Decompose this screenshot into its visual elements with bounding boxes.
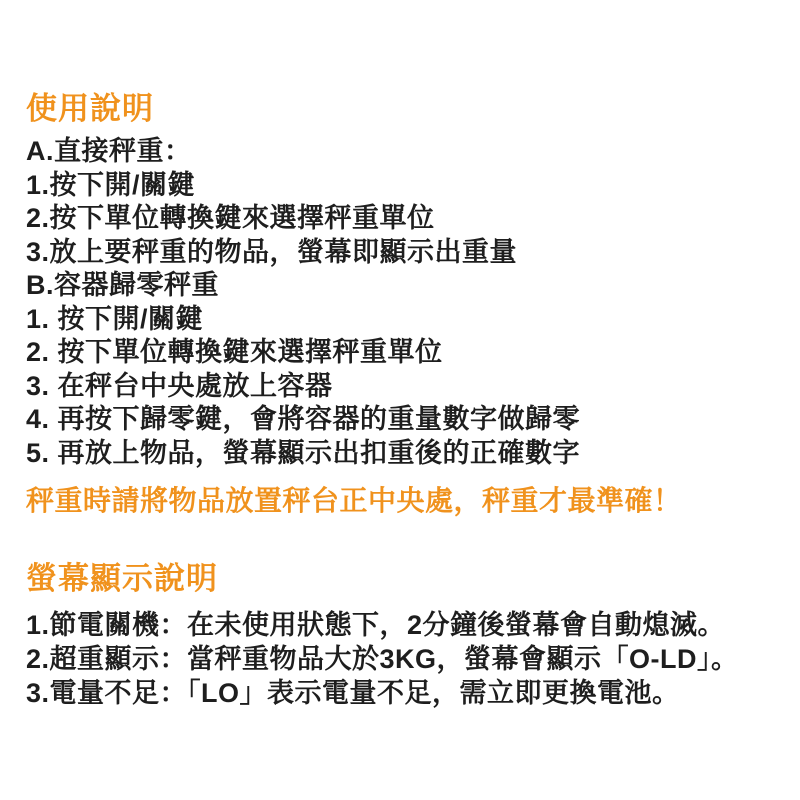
display-section-title: 螢幕顯示說明 — [26, 562, 790, 596]
page-content: 使用說明 A.直接秤重： 1.按下開/關鍵 2.按下單位轉換鍵來選擇秤重單位 3… — [26, 92, 790, 710]
usage-line-a-header: A.直接秤重： — [26, 135, 790, 169]
display-line-3: 3.電量不足：「LO」表示電量不足，需立即更換電池。 — [26, 676, 790, 710]
usage-line-b1: 1. 按下開/關鍵 — [26, 303, 790, 337]
instruction-page: 使用說明 A.直接秤重： 1.按下開/關鍵 2.按下單位轉換鍵來選擇秤重單位 3… — [0, 0, 800, 800]
usage-section: 使用說明 A.直接秤重： 1.按下開/關鍵 2.按下單位轉換鍵來選擇秤重單位 3… — [26, 92, 790, 518]
display-section: 螢幕顯示說明 1.節電關機：在未使用狀態下，2分鐘後螢幕會自動熄滅。 2.超重顯… — [26, 562, 790, 710]
usage-line-b2: 2. 按下單位轉換鍵來選擇秤重單位 — [26, 336, 790, 370]
usage-line-b-header: B.容器歸零秤重 — [26, 269, 790, 303]
usage-line-a2: 2.按下單位轉換鍵來選擇秤重單位 — [26, 202, 790, 236]
usage-line-a1: 1.按下開/關鍵 — [26, 169, 790, 203]
display-line-1: 1.節電關機：在未使用狀態下，2分鐘後螢幕會自動熄滅。 — [26, 608, 790, 642]
accuracy-warning-text: 秤重時請將物品放置秤台正中央處，秤重才最準確！ — [26, 484, 790, 518]
usage-line-b3: 3. 在秤台中央處放上容器 — [26, 370, 790, 404]
usage-section-title: 使用說明 — [26, 92, 790, 126]
display-line-2: 2.超重顯示：當秤重物品大於3KG，螢幕會顯示「O-LD」。 — [26, 642, 790, 676]
usage-line-a3: 3.放上要秤重的物品，螢幕即顯示出重量 — [26, 236, 790, 270]
usage-line-b5: 5. 再放上物品，螢幕顯示出扣重後的正確數字 — [26, 437, 790, 471]
usage-line-b4: 4. 再按下歸零鍵，會將容器的重量數字做歸零 — [26, 403, 790, 437]
